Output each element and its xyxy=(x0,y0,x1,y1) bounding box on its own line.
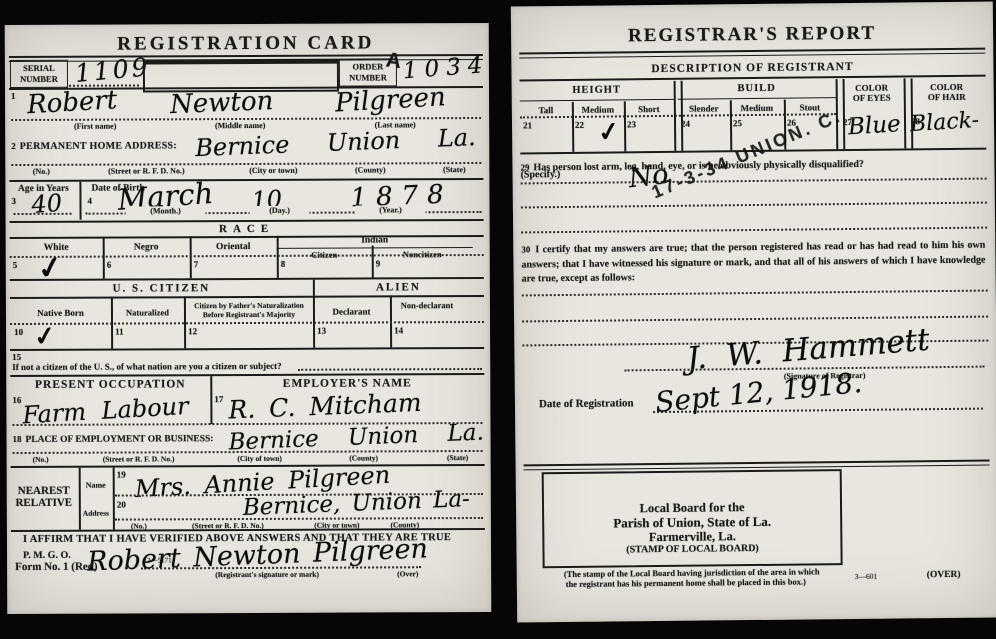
naturalized-label: Naturalized xyxy=(111,307,184,317)
stamp-box-note: the registrant has his permanent home sh… xyxy=(531,576,841,589)
q18-label: PLACE OF EMPLOYMENT OR BUSINESS: xyxy=(26,434,214,445)
race-negro-label: Negro xyxy=(103,242,190,252)
first-name-caption: (First name) xyxy=(35,121,155,131)
relative-address-label: Address xyxy=(78,509,114,518)
q17-number: 17 xyxy=(214,394,223,404)
declarant-number: 13 xyxy=(317,326,326,336)
rule xyxy=(524,460,990,471)
over-label: (OVER) xyxy=(927,570,961,580)
order-a-stamp: A xyxy=(385,49,403,75)
first-name-value: Robert xyxy=(26,85,118,120)
rule xyxy=(678,97,836,100)
over-label: (Over) xyxy=(397,569,418,578)
middle-name-caption: (Middle name) xyxy=(175,121,305,131)
dotted-line xyxy=(521,178,987,185)
dotted-line xyxy=(14,213,72,215)
q2-label: PERMANENT HOME ADDRESS: xyxy=(20,140,177,152)
q3-number: 3 xyxy=(11,196,16,206)
non-declarant-number: 14 xyxy=(394,325,403,335)
race-indian-label: Indian xyxy=(277,235,473,246)
print-code: 3—601 xyxy=(855,572,878,581)
dob-caption-year: (Year.) xyxy=(356,205,426,214)
declarant-label: Declarant xyxy=(313,306,390,316)
hair-color-value: Black- xyxy=(909,108,979,137)
q18-label-row: 18 PLACE OF EMPLOYMENT OR BUSINESS: xyxy=(12,428,213,447)
addr-caption-street: (Street or R. F. D. No.) xyxy=(71,166,221,176)
date-of-registration-label: Date of Registration xyxy=(539,397,634,410)
rule xyxy=(520,99,674,102)
q18-caption-street: (Street or R. F. D. No.) xyxy=(69,454,209,464)
q19-number: 19 xyxy=(117,470,126,480)
q2-label-row: 2 PERMANENT HOME ADDRESS: xyxy=(11,135,177,154)
registration-card: REGISTRATION CARD SERIAL NUMBER 1109 ORD… xyxy=(5,23,492,614)
divider xyxy=(79,182,81,220)
q4-number: 4 xyxy=(87,196,92,206)
race-citizen-number: 8 xyxy=(281,259,286,269)
q29-specify-label: (Specify.) xyxy=(520,169,560,180)
serial-number-label: NUMBER xyxy=(11,74,67,85)
q18-caption-state: (State) xyxy=(435,453,481,462)
q16-number: 16 xyxy=(12,395,21,405)
height-medium-number: 22 xyxy=(575,120,584,130)
build-header: BUILD xyxy=(678,82,836,95)
build-slender-label: Slender xyxy=(678,103,730,114)
scanned-document: REGISTRATION CARD SERIAL NUMBER 1109 ORD… xyxy=(0,0,996,639)
rule xyxy=(10,295,484,299)
dob-caption-day: (Day.) xyxy=(250,206,310,215)
race-header: RACE xyxy=(6,222,488,236)
race-oriental-label: Oriental xyxy=(190,242,277,252)
divider xyxy=(674,81,684,151)
race-white-number: 5 xyxy=(13,260,18,270)
nearest-relative-label: RELATIVE xyxy=(9,497,79,509)
dotted-line xyxy=(522,290,988,297)
height-short-number: 23 xyxy=(627,119,636,129)
registrars-report-title: REGISTRAR'S REPORT xyxy=(511,21,993,48)
non-declarant-label: Non-declarant xyxy=(396,300,458,310)
divider xyxy=(210,376,212,424)
q1-number: 1 xyxy=(11,91,16,101)
q18-caption-no: (No.) xyxy=(19,455,63,464)
local-board-stamp-box: Local Board for the Parish of Union, Sta… xyxy=(542,469,843,568)
native-born-label: Native Born xyxy=(10,308,111,318)
serial-number-label-box: SERIAL NUMBER xyxy=(10,60,68,88)
height-tall-number: 21 xyxy=(523,120,532,130)
divider xyxy=(79,468,81,530)
order-number-value: 1034 xyxy=(402,52,490,84)
serial-number-value: 1109 xyxy=(74,52,152,88)
build-medium-label: Medium xyxy=(730,103,784,114)
q30-text: I certify that my answers are true; that… xyxy=(521,240,985,285)
registrars-report: REGISTRAR'S REPORT DESCRIPTION OF REGIST… xyxy=(511,1,996,622)
q20-number: 20 xyxy=(117,500,126,510)
q2-number: 2 xyxy=(11,141,16,151)
q18-caption-city: (City of town) xyxy=(215,454,305,463)
dotted-line xyxy=(10,321,484,325)
q30-number: 30 xyxy=(521,244,530,254)
rule xyxy=(10,373,484,377)
race-negro-number: 6 xyxy=(107,260,112,270)
q18-number: 18 xyxy=(13,434,22,444)
rule xyxy=(10,347,484,351)
alien-header: ALIEN xyxy=(313,281,484,294)
native-born-number: 10 xyxy=(14,327,23,337)
serial-number-label: SERIAL xyxy=(11,62,67,74)
q30-paragraph: 30 I certify that my answers are true; t… xyxy=(521,238,985,286)
race-noncitizen-number: 9 xyxy=(376,258,381,268)
middle-name-value: Newton xyxy=(170,86,274,120)
height-tall-label: Tall xyxy=(520,105,572,116)
addr-caption-state: (State) xyxy=(429,165,479,174)
father-naturalization-label: Citizen by Father's Naturalization Befor… xyxy=(188,301,310,320)
height-header: HEIGHT xyxy=(520,84,674,97)
height-medium-label: Medium xyxy=(572,104,624,115)
dotted-line xyxy=(298,368,482,371)
stamp-of-local-board-caption: (STAMP OF LOCAL BOARD) xyxy=(544,542,840,557)
q15-number: 15 xyxy=(12,352,21,362)
rule xyxy=(519,48,985,59)
addr-caption-no: (No.) xyxy=(19,167,63,176)
nearest-relative-label: NEAREST xyxy=(9,485,79,497)
divider xyxy=(313,280,315,296)
addr-caption-county: (County) xyxy=(333,165,407,174)
naturalized-number: 11 xyxy=(115,327,124,337)
registration-card-title: REGISTRATION CARD xyxy=(5,32,487,56)
race-oriental-number: 7 xyxy=(194,259,199,269)
present-occupation-header: PRESENT OCCUPATION xyxy=(10,378,210,391)
rule xyxy=(11,464,485,468)
build-medium-number: 25 xyxy=(733,118,742,128)
height-medium-checkmark: ✓ xyxy=(596,116,622,149)
q15-text: If not a citizen of the U. S., of what n… xyxy=(12,361,281,372)
dob-caption-month: (Month.) xyxy=(126,206,206,215)
last-name-value: Pilgreen xyxy=(334,82,446,118)
addr-caption-city: (City or town) xyxy=(223,166,323,175)
relative-name-label: Name xyxy=(79,481,113,490)
dotted-line xyxy=(521,202,987,209)
registrant-signature-caption: (Registrant's signature or mark) xyxy=(177,570,357,580)
father-naturalization-number: 12 xyxy=(188,326,197,336)
employers-name-header: EMPLOYER'S NAME xyxy=(210,377,484,390)
pmgo-label: P. M. G. O. xyxy=(23,550,71,561)
order-number-label: NUMBER xyxy=(340,72,396,83)
employer-value: R. C. Mitcham xyxy=(228,388,422,425)
form-number-label: Form No. 1 (Red) xyxy=(15,561,98,573)
height-short-label: Short xyxy=(624,104,674,115)
dotted-line xyxy=(522,316,988,323)
us-citizen-header: U. S. CITIZEN xyxy=(10,282,313,295)
dotted-line xyxy=(521,227,987,234)
